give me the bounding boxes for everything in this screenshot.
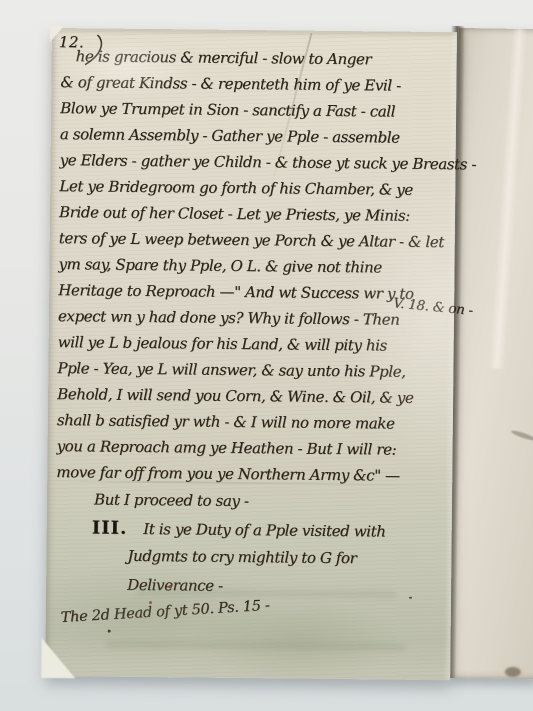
manuscript-line: ye Elders - gather ye Childn - & those y… (57, 147, 451, 177)
manuscript-line: he is gracious & merciful - slow to Ange… (59, 43, 453, 73)
leaf-pencil-mark (510, 429, 533, 442)
manuscript-line: Behold, I will send you Corn, & Wine. & … (55, 381, 449, 411)
manuscript-line: ters of ye L weep between ye Porch & ye … (57, 225, 451, 255)
manuscript-text-block: he is gracious & merciful - slow to Ange… (53, 43, 453, 603)
manuscript-line: will ye L b jealous for his Land, & will… (56, 329, 450, 359)
manuscript-line: a solemn Assembly - Gather ye Pple - ass… (58, 121, 452, 151)
manuscript-line: & of great Kindss - & repenteth him of y… (58, 69, 452, 99)
manuscript-line: Blow ye Trumpet in Sion - sanctify a Fas… (58, 95, 452, 125)
leaf-corner-stain (505, 667, 521, 677)
manuscript-line: you a Reproach amg ye Heathen - But I wi… (54, 433, 448, 463)
leaf-crease-highlight (489, 29, 528, 369)
manuscript-line: move far off from you ye Northern Army &… (54, 459, 448, 489)
manuscript-line: expect wn y had done ys? Why it follows … (56, 303, 450, 333)
section-heading-text: It is ye Duty of a Pple visited with (143, 520, 385, 541)
manuscript-line: shall b satisfied yr wth - & I will no m… (55, 407, 449, 437)
ink-speck (149, 601, 152, 604)
ink-speck (409, 597, 412, 599)
transition-line: But I proceed to say - (54, 485, 448, 516)
footer-citation: The 2d Head of yt 50. Ps. 15 - (60, 598, 270, 626)
manuscript-line: Heritage to Reproach —" And wt Success w… (56, 277, 450, 307)
section-heading: III.It is ye Duty of a Pple visited with (54, 512, 448, 545)
heading-continuation-line: Judgmts to cry mightily to G for (53, 541, 447, 574)
photo-scene: 12. he is gracious & merciful - slow to … (0, 0, 533, 711)
manuscript-page: 12. he is gracious & merciful - slow to … (45, 28, 457, 680)
manuscript-line: Bride out of her Closet - Let ye Priests… (57, 199, 451, 229)
manuscript-line: Let ye Bridegroom go forth of his Chambe… (57, 173, 451, 203)
manuscript-line: ym say, Spare thy Pple, O L. & give not … (56, 251, 450, 281)
ink-speck (168, 585, 172, 588)
bottom-left-corner-fold (41, 638, 75, 678)
ink-speck (108, 630, 111, 633)
section-numeral: III. (92, 517, 128, 538)
ink-showthrough (106, 641, 406, 651)
manuscript-line: Pple - Yea, ye L will answer, & say unto… (55, 355, 449, 385)
